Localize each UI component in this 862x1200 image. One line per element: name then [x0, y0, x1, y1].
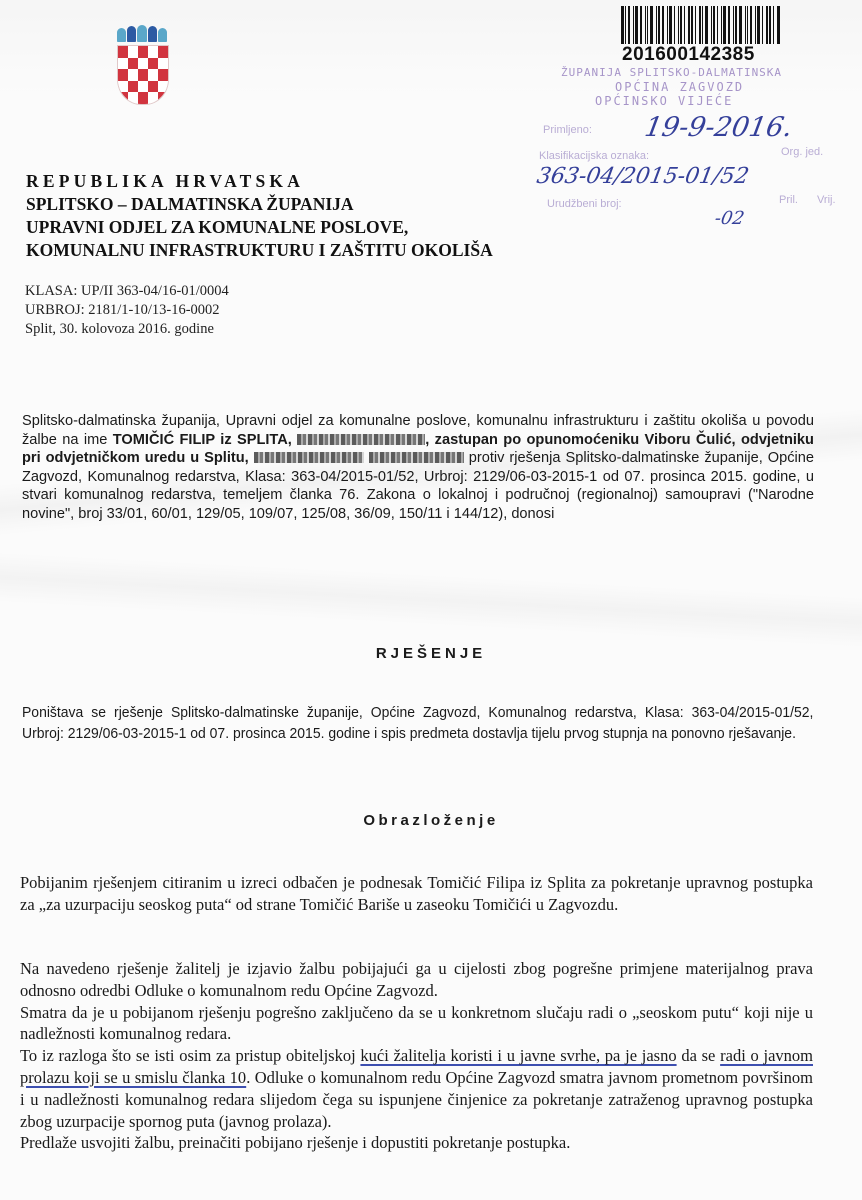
meta-urbroj: URBROJ: 2181/1-10/13-16-0002: [25, 301, 229, 320]
barcode-icon: [621, 6, 781, 44]
reasoning-text-1: Pobijanim rješenjem citiranim u izreci o…: [20, 872, 813, 916]
reasoning-title: Obrazloženje: [0, 812, 862, 829]
redacted-office-address-2: [369, 452, 464, 463]
reasoning-text-4b: da se: [677, 1046, 721, 1065]
reasoning-text-4a: To iz razloga što se isti osim za pristu…: [20, 1046, 360, 1065]
reasoning-text-4: To iz razloga što se isti osim za pristu…: [20, 1045, 813, 1132]
stamp-label-classification: Klasifikacijska oznaka:: [539, 150, 649, 162]
stamp-line-council: OPĆINSKO VIJEĆE: [595, 94, 733, 108]
document-meta: KLASA: UP/II 363-04/16-01/0004 URBROJ: 2…: [25, 282, 229, 339]
redacted-office-address: [254, 452, 364, 463]
reasoning-paragraph-2: Na navedeno rješenje žalitelj je izjavio…: [20, 958, 813, 1154]
stamp-label-org-unit: Org. jed.: [781, 146, 823, 158]
reasoning-paragraph-1: Pobijanim rješenjem citiranim u izreci o…: [20, 872, 813, 916]
barcode-number: 201600142385: [622, 44, 786, 66]
stamp-label-value: Vrij.: [817, 194, 836, 206]
handwritten-urbroj: -02: [713, 208, 746, 229]
stamp-line-municipality: OPĆINA ZAGVOZD: [615, 80, 744, 94]
handwritten-klasa: 363-04/2015-01/52: [535, 164, 751, 189]
stamp-label-attachments: Pril.: [779, 194, 798, 206]
croatian-coat-of-arms-icon: [117, 25, 167, 105]
header-department-2: KOMUNALNU INFRASTRUKTURU I ZAŠTITU OKOLI…: [26, 239, 493, 262]
document-page: 201600142385 ŽUPANIJA SPLITSKO-DALMATINS…: [0, 0, 862, 1200]
appellant-name: TOMIČIĆ FILIP iz SPLITA,: [113, 432, 292, 448]
header-department-1: UPRAVNI ODJEL ZA KOMUNALNE POSLOVE,: [26, 216, 493, 239]
stamp-label-urbroj: Urudžbeni broj:: [547, 198, 622, 210]
crown-icon: [117, 25, 167, 42]
meta-place-date: Split, 30. kolovoza 2016. godine: [25, 320, 229, 339]
reasoning-text-5: Predlaže usvojiti žalbu, preinačiti pobi…: [20, 1132, 813, 1154]
stamp-label-received: Primljeno:: [543, 124, 592, 136]
redacted-address: [297, 434, 425, 445]
authority-header: REPUBLIKA HRVATSKA SPLITSKO – DALMATINSK…: [26, 170, 493, 262]
checkered-shield-icon: [117, 45, 169, 105]
handwritten-received-date: 19-9-2016.: [642, 112, 795, 143]
reasoning-text-2: Na navedeno rješenje žalitelj je izjavio…: [20, 958, 813, 1002]
intro-paragraph: Splitsko-dalmatinska županija, Upravni o…: [22, 412, 814, 523]
ruling-text: Poništava se rješenje Splitsko-dalmatins…: [22, 702, 813, 744]
handwritten-underline-1: kući žalitelja koristi i u javne svrhe, …: [360, 1046, 676, 1065]
header-republic: REPUBLIKA HRVATSKA: [26, 170, 493, 193]
meta-klasa: KLASA: UP/II 363-04/16-01/0004: [25, 282, 229, 301]
reasoning-text-3: Smatra da je u pobijanom rješenju pogreš…: [20, 1002, 813, 1046]
header-county: SPLITSKO – DALMATINSKA ŽUPANIJA: [26, 193, 493, 216]
ruling-title: RJEŠENJE: [0, 645, 862, 662]
stamp-line-county: ŽUPANIJA SPLITSKO-DALMATINSKA: [561, 66, 782, 79]
